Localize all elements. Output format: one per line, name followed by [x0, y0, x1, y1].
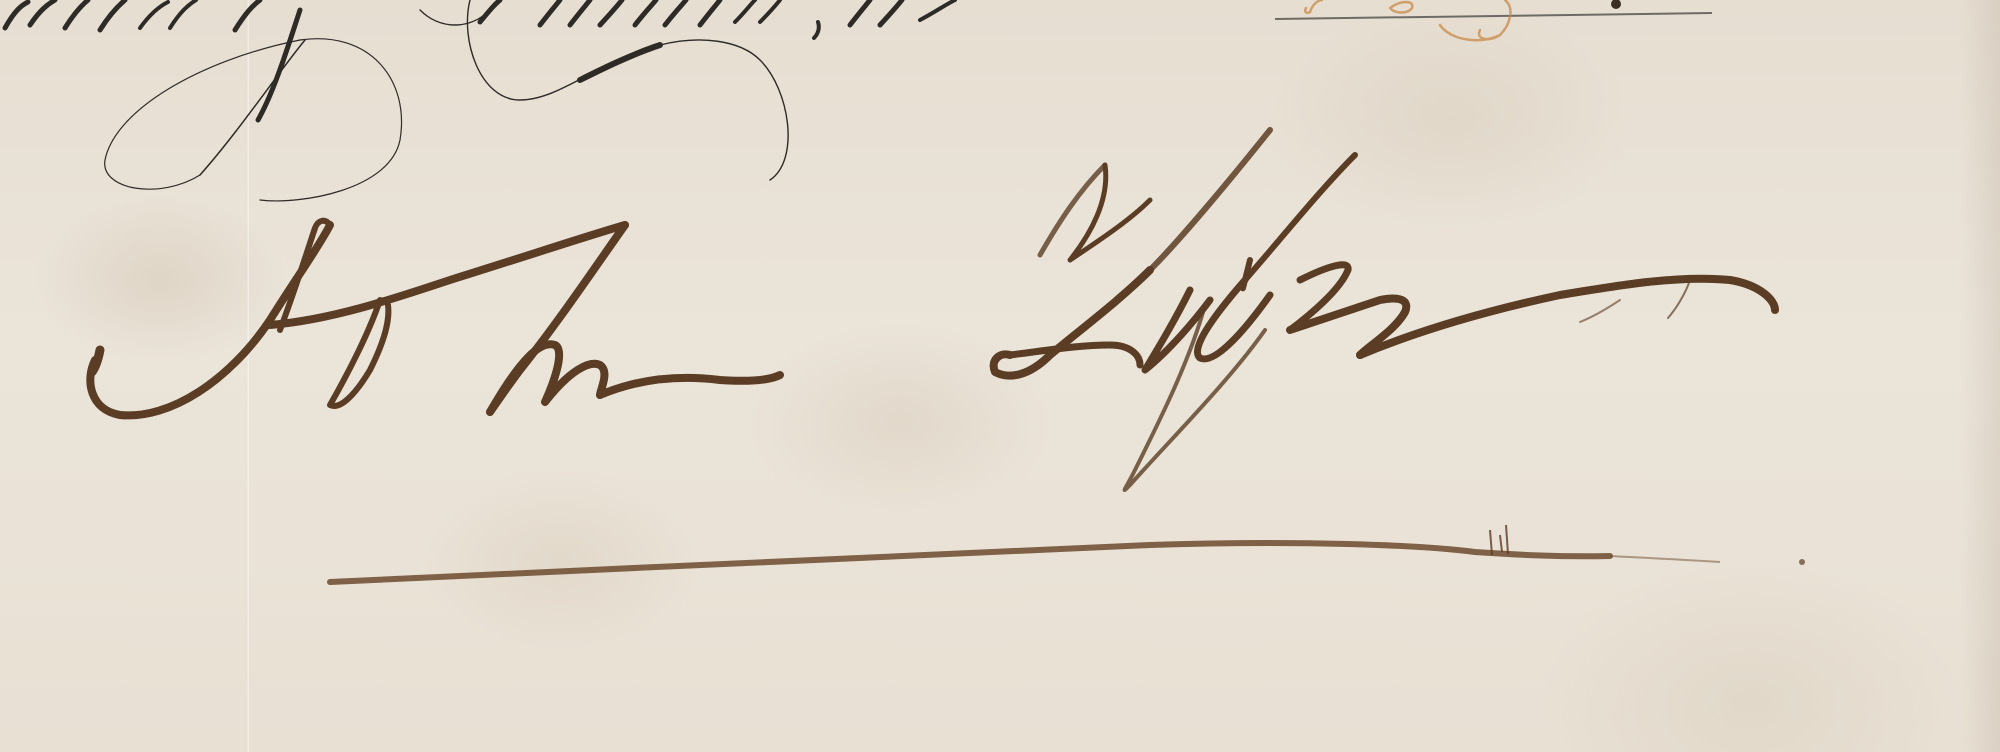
signature-john-tyler [0, 0, 2000, 752]
document-paper: ...tates of America, the John Tyler [0, 0, 2000, 752]
signature-underline [330, 543, 1610, 582]
